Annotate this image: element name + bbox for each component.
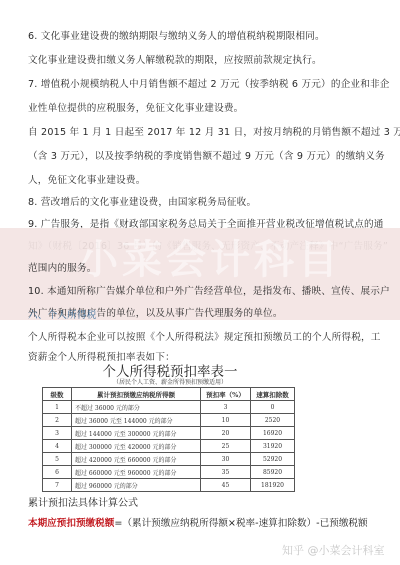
cell-deduction: 85920 (251, 466, 295, 479)
document-page: 6. 文化事业建设费的缴纳期限与缴纳义务人的增值税纳税期限相同。 文化事业建设费… (0, 0, 400, 565)
cell-range: 超过 300000 元至 420000 元的部分 (72, 440, 201, 453)
paragraph-6b: 文化事业建设费扣缴义务人解缴税款的期限，应按照前款规定执行。 (28, 54, 380, 67)
table-header-row: 级数 累计预扣预缴应纳税所得额 预扣率（%） 速算扣除数 (43, 388, 295, 401)
cell-level: 2 (43, 414, 72, 427)
paragraph-7b: 业性单位提供的应税服务，免征文化事业建设费。 (28, 102, 380, 115)
formula-line: 本期应预扣预缴税额=（累计预缴应纳税所得额×税率-速算扣除数）-已预缴税额 (28, 515, 368, 529)
cell-range: 超过 36000 元至 144000 元的部分 (72, 414, 201, 427)
cell-deduction: 31920 (251, 440, 295, 453)
formula-rest: =（累计预缴应纳税所得额×税率-速算扣除数）-已预缴税额 (114, 518, 367, 529)
table-row: 5 超过 420000 元至 660000 元的部分 30 52920 (43, 453, 295, 466)
cell-rate: 20 (201, 427, 251, 440)
cell-range: 不超过 36000 元的部分 (72, 401, 201, 414)
cell-rate: 30 (201, 453, 251, 466)
cell-level: 1 (43, 401, 72, 414)
cell-range: 超过 960000 元的部分 (72, 479, 201, 492)
paragraph-7a: 7. 增值税小规模纳税人中月销售额不超过 2 万元（按季纳税 6 万元）的企业和… (28, 78, 380, 91)
intro-line-1: 个人所得税本企业可以按照《个人所得税法》规定预扣预缴员工的个人所得税，工 (28, 331, 380, 344)
paragraph-10a: 10. 本通知所称广告媒介单位和户外广告经营单位，是指发布、播映、宣传、展示户 (28, 285, 380, 298)
formula-title: 累计预扣法具体计算公式 (28, 494, 138, 509)
cell-rate: 45 (201, 479, 251, 492)
table-row: 1 不超过 36000 元的部分 3 0 (43, 401, 295, 414)
cell-rate: 25 (201, 440, 251, 453)
paragraph-9c: 范围内的服务。 (28, 262, 380, 275)
header-deduction: 速算扣除数 (251, 388, 295, 401)
paragraph-8: 8. 营改增后的文化事业建设费，由国家税务局征收。 (28, 196, 380, 209)
cell-rate: 35 (201, 466, 251, 479)
table-row: 6 超过 660000 元至 960000 元的部分 35 85920 (43, 466, 295, 479)
table-row: 7 超过 960000 元的部分 45 181920 (43, 479, 295, 492)
cell-deduction: 0 (251, 401, 295, 414)
cell-level: 6 (43, 466, 72, 479)
table-row: 2 超过 36000 元至 144000 元的部分 10 2520 (43, 414, 295, 427)
paragraph-6: 6. 文化事业建设费的缴纳期限与缴纳义务人的增值税纳税期限相同。 (28, 30, 380, 43)
cell-level: 7 (43, 479, 72, 492)
paragraph-7e: 人，免征文化事业建设费。 (28, 174, 380, 187)
tax-rate-table: 级数 累计预扣预缴应纳税所得额 预扣率（%） 速算扣除数 1 不超过 36000… (42, 387, 295, 492)
section-heading: 六、个人所得税 (28, 309, 380, 322)
paragraph-7c: 自 2015 年 1 月 1 日起至 2017 年 12 月 31 日，对按月纳… (28, 126, 380, 139)
cell-level: 3 (43, 427, 72, 440)
cell-range: 超过 420000 元至 660000 元的部分 (72, 453, 201, 466)
cell-level: 4 (43, 440, 72, 453)
cell-rate: 3 (201, 401, 251, 414)
cell-deduction: 181920 (251, 479, 295, 492)
cell-deduction: 52920 (251, 453, 295, 466)
header-rate: 预扣率（%） (201, 388, 251, 401)
cell-deduction: 2520 (251, 414, 295, 427)
header-range: 累计预扣预缴应纳税所得额 (72, 388, 201, 401)
source-watermark: 知乎 @小菜会计科室 (282, 542, 385, 558)
table-row: 4 超过 300000 元至 420000 元的部分 25 31920 (43, 440, 295, 453)
formula-highlight: 本期应预扣预缴税额 (28, 518, 114, 529)
cell-rate: 10 (201, 414, 251, 427)
cell-level: 5 (43, 453, 72, 466)
cell-range: 超过 144000 元至 300000 元的部分 (72, 427, 201, 440)
watermark-text: 小菜会计科目 (60, 238, 360, 282)
table-subtitle: （居民个人工资、薪金所得预扣预缴适用） (85, 377, 255, 386)
cell-range: 超过 660000 元至 960000 元的部分 (72, 466, 201, 479)
paragraph-7d: （含 3 万元），以及按季纳税的季度销售额不超过 9 万元（含 9 万元）的缴纳… (28, 150, 380, 163)
cell-deduction: 16920 (251, 427, 295, 440)
header-level: 级数 (43, 388, 72, 401)
table-row: 3 超过 144000 元至 300000 元的部分 20 16920 (43, 427, 295, 440)
